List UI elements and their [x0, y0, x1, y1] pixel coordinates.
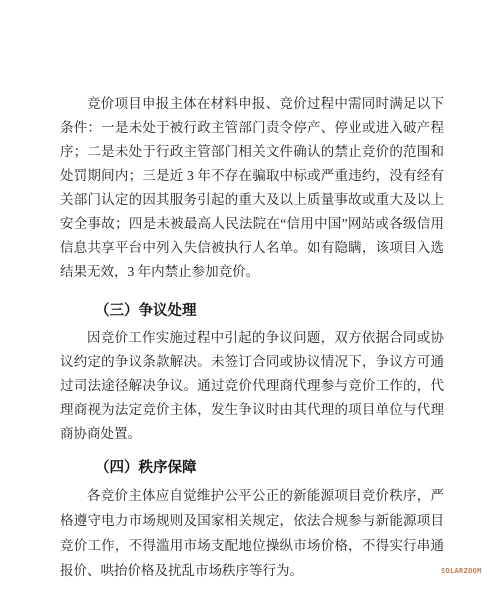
- text-line: 各竞价主体应自觉维护公平公正的新能源项目竞价秩序，严: [60, 483, 444, 508]
- paragraph-dispute-resolution: 因竞价工作实施过程中引起的争议问题，双方依据合同或协 议约定的争议条款解决。未签…: [60, 326, 444, 446]
- heading-dispute-resolution: （三）争议处理: [60, 298, 444, 324]
- text-line: 安全事故；四是未被最高人民法院在“信用中国”网站或各级信用: [60, 212, 444, 236]
- paragraph-order-protection: 各竞价主体应自觉维护公平公正的新能源项目竞价秩序，严 格遵守电力市场规则及国家相…: [60, 483, 444, 583]
- text-line: 过司法途径解决争议。通过竞价代理商代理参与竞价工作的，代: [60, 374, 444, 398]
- text-line: 竞价工作，不得滥用市场支配地位操纵市场价格，不得实行串通: [60, 533, 444, 558]
- paragraph-bidder-eligibility: 竞价项目申报主体在材料申报、竞价过程中需同时满足以下 条件：一是未处于被行政主管…: [60, 92, 444, 284]
- text-line: 关部门认定的因其服务引起的重大及以上质量事故或重大及以上: [60, 188, 444, 212]
- text-line: 条件：一是未处于被行政主管部门责令停产、停业或进入破产程: [60, 116, 444, 140]
- text-line: 商协商处置。: [60, 422, 444, 446]
- text-line: 格遵守电力市场规则及国家相关规定，依法合规参与新能源项目: [60, 508, 444, 533]
- text-line: 议约定的争议条款解决。未签订合同或协议情况下，争议方可通: [60, 350, 444, 374]
- document-page: 竞价项目申报主体在材料申报、竞价过程中需同时满足以下 条件：一是未处于被行政主管…: [60, 92, 444, 583]
- heading-order-protection: （四）秩序保障: [60, 455, 444, 481]
- text-line: 信息共享平台中列入失信被执行人名单。如有隐瞒，该项目入选: [60, 236, 444, 260]
- text-line: 理商视为法定竞价主体，发生争议时由其代理的项目单位与代理: [60, 398, 444, 422]
- solarzoom-watermark: SOLARZOOM: [441, 567, 482, 575]
- text-line: 报价、哄抬价格及扰乱市场秩序等行为。: [60, 558, 444, 583]
- text-line: 竞价项目申报主体在材料申报、竞价过程中需同时满足以下: [60, 92, 444, 116]
- text-line: 处罚期间内；三是近 3 年不存在骗取中标或严重违约，没有经有: [60, 164, 444, 188]
- text-line: 因竞价工作实施过程中引起的争议问题，双方依据合同或协: [60, 326, 444, 350]
- text-line: 序；二是未处于行政主管部门相关文件确认的禁止竞价的范围和: [60, 140, 444, 164]
- text-line: 结果无效，3 年内禁止参加竞价。: [60, 260, 444, 284]
